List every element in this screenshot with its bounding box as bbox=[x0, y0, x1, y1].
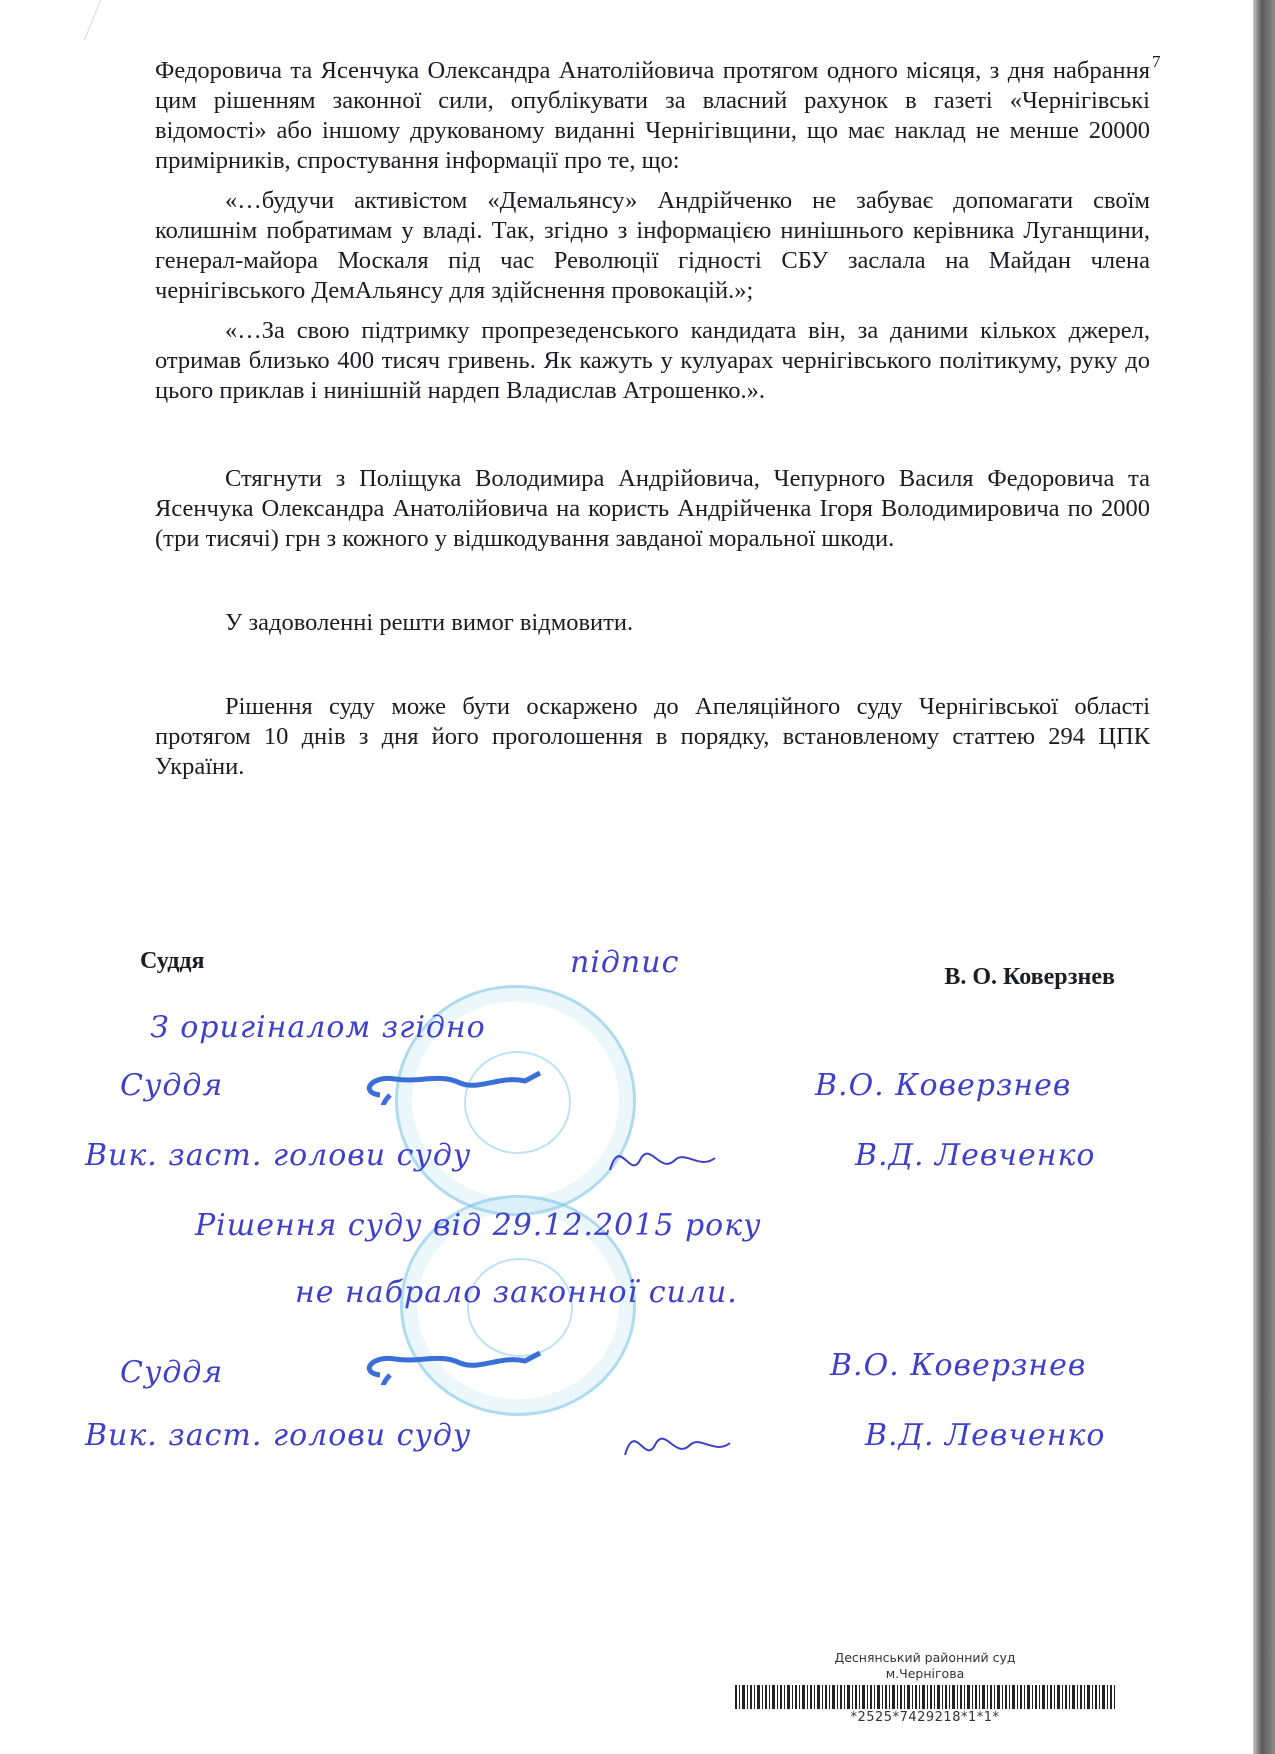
deputy-signature-icon bbox=[620, 1415, 750, 1455]
handwritten-judge-title: Суддя bbox=[120, 1068, 223, 1103]
handwritten-judge-name: В.О. Коверзнев bbox=[815, 1068, 1071, 1103]
court-footer: Деснянський районний суд м.Чернігова *25… bbox=[735, 1650, 1115, 1725]
paragraph-publication-order: Федоровича та Ясенчука Олександра Анатол… bbox=[155, 56, 1150, 176]
handwritten-deputy-name: В.Д. Левченко bbox=[865, 1418, 1105, 1453]
quote-one: «…будучи активістом «Демальянсу» Андрійч… bbox=[155, 186, 1150, 306]
scan-page-edge bbox=[1253, 0, 1275, 1754]
judge-name: В. О. Коверзнев bbox=[944, 964, 1115, 991]
handwritten-certified: З оригіналом згідно bbox=[150, 1010, 486, 1045]
court-name: Деснянський районний суд bbox=[735, 1650, 1115, 1666]
deputy-signature-icon bbox=[605, 1130, 735, 1170]
paragraph-dismissal: У задоволенні решти вимог відмовити. bbox=[155, 608, 1150, 638]
paragraph-damages: Стягнути з Поліщука Володимира Андрійови… bbox=[155, 464, 1150, 554]
handwritten-deputy-title: Вик. заст. голови суду bbox=[85, 1418, 471, 1453]
court-city: м.Чернігова bbox=[735, 1666, 1115, 1682]
quote-two: «…За свою підтримку пропрезеденського ка… bbox=[155, 316, 1150, 406]
page-number: 7 bbox=[1152, 52, 1161, 72]
handwritten-not-in-force: не набрало законної сили. bbox=[295, 1275, 738, 1310]
judge-title: Суддя bbox=[140, 948, 205, 975]
handwritten-decision-line: Рішення суду від 29.12.2015 року bbox=[195, 1208, 762, 1243]
handwritten-deputy-title: Вик. заст. голови суду bbox=[85, 1138, 471, 1173]
paragraph-appeal: Рішення суду може бути оскаржено до Апел… bbox=[155, 692, 1150, 782]
handwritten-signed: підпис bbox=[570, 945, 679, 980]
handwritten-judge-name: В.О. Коверзнев bbox=[830, 1348, 1086, 1383]
barcode-icon bbox=[735, 1685, 1115, 1709]
barcode-text: *2525*7429218*1*1* bbox=[735, 1710, 1115, 1725]
judge-signature-icon bbox=[350, 1065, 580, 1105]
handwritten-judge-title: Суддя bbox=[120, 1355, 223, 1390]
judge-signature-icon bbox=[350, 1345, 580, 1385]
scan-corner-fold bbox=[84, 0, 131, 40]
handwritten-deputy-name: В.Д. Левченко bbox=[855, 1138, 1095, 1173]
document-body: Федоровича та Ясенчука Олександра Анатол… bbox=[155, 56, 1150, 782]
